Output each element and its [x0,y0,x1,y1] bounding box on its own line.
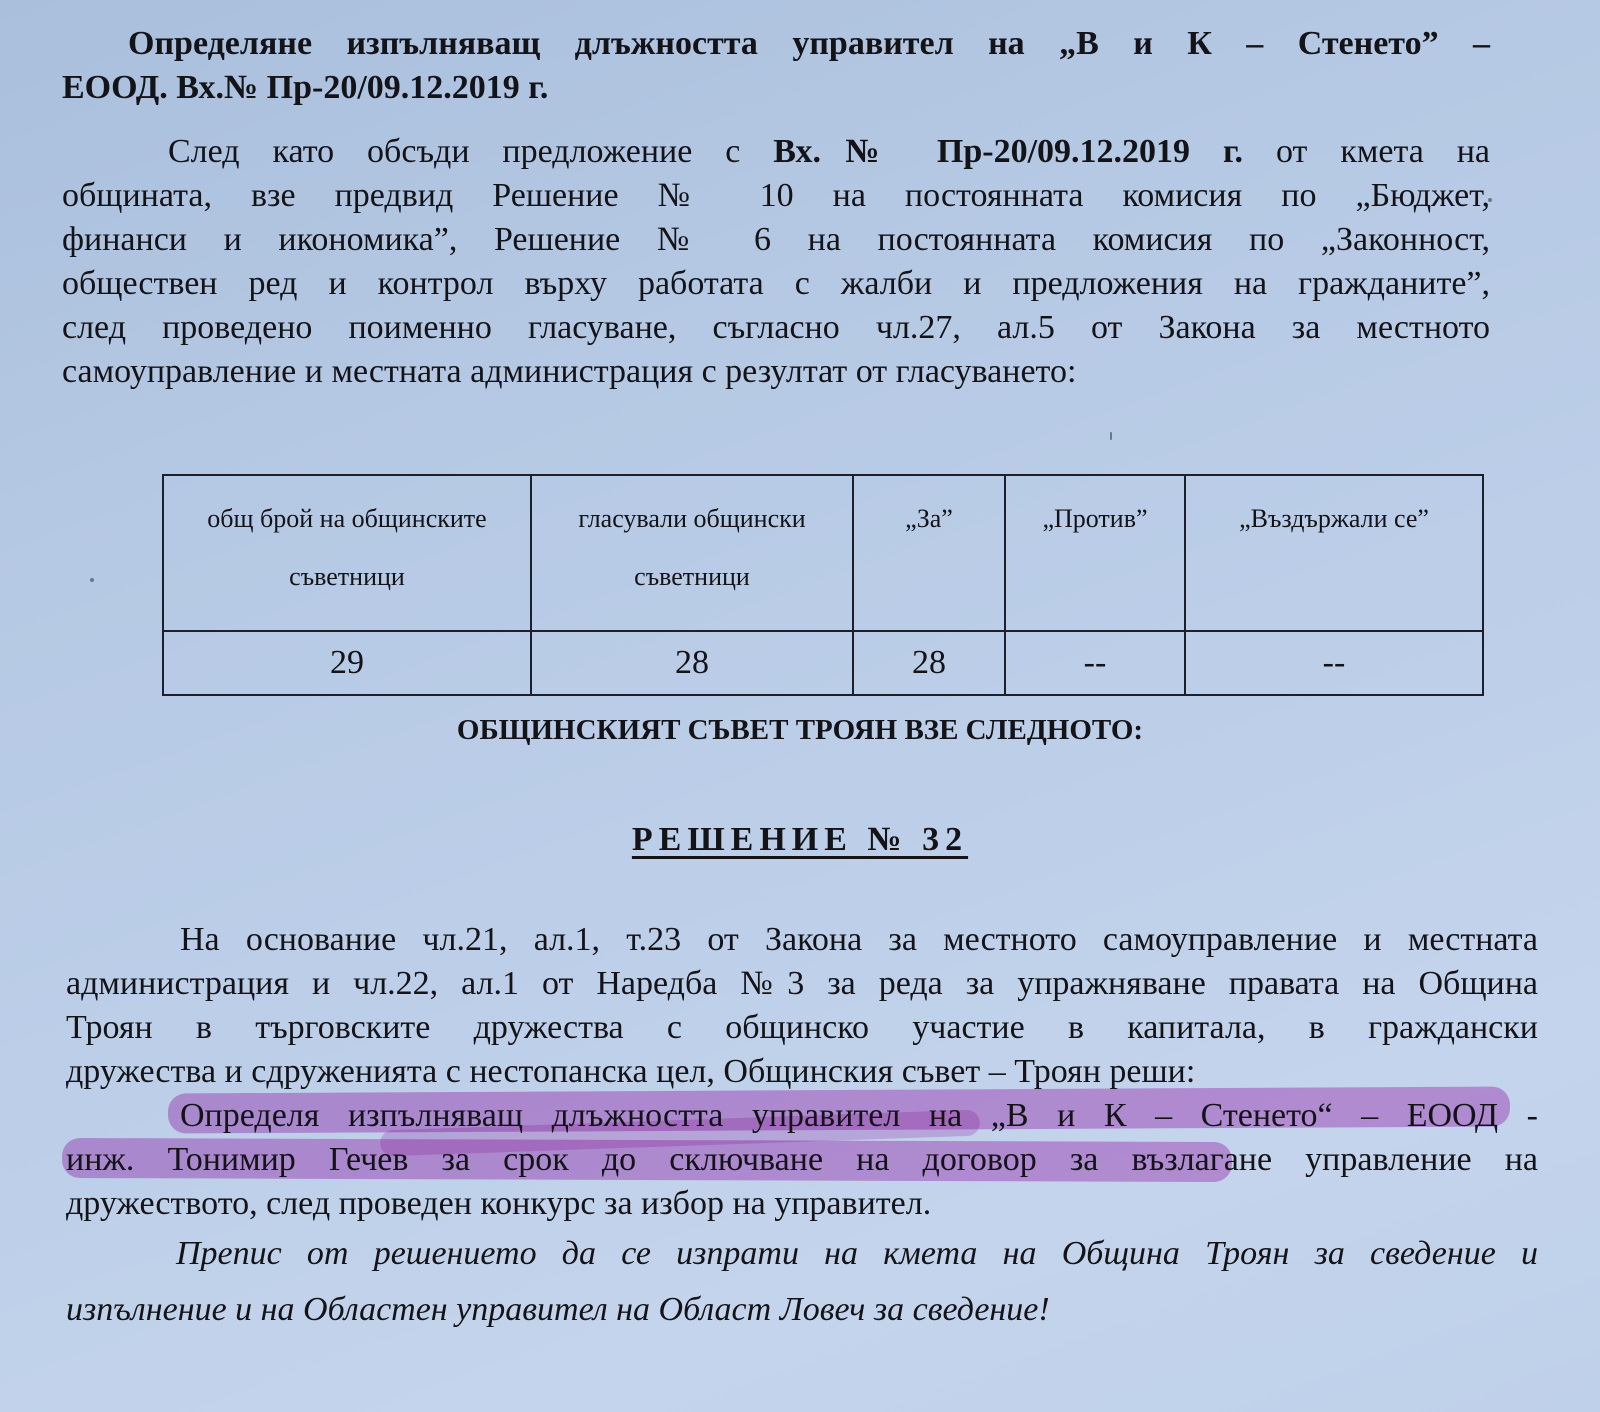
header-text: съветници [634,562,750,591]
decision-title: РЕШЕНИЕ № 32 [0,818,1600,862]
heading-line-2: ЕООД. Вх.№ Пр-20/09.12.2019 г. [62,66,548,110]
intro-line-2: общината, взе предвид Решение № 10 на по… [62,174,1490,218]
header-text: „За” [905,504,953,533]
paper-speck [1488,198,1492,202]
header-text: общ брой на общинските [207,504,486,533]
body-line-2: администрация и чл.22, ал.1 от Наредба №… [66,962,1538,1006]
intro-text: от кмета на [1243,133,1490,170]
header-text: съветници [289,562,405,591]
body-line-1: На основание чл.21, ал.1, т.23 от Закона… [180,918,1538,962]
header-text: гласували общински [578,504,805,533]
body-line-6: инж. Тонимир Гечев за срок до сключване … [66,1138,1538,1182]
body-line-3: Троян в търговските дружества с общинско… [66,1006,1538,1050]
closing-line-1: Препис от решението да се изпрати на кме… [176,1232,1538,1276]
council-statement: ОБЩИНСКИЯТ СЪВЕТ ТРОЯН ВЗЕ СЛЕДНОТО: [0,708,1600,752]
paper-speck [1110,432,1112,440]
value-abstained: -- [1185,631,1483,695]
value-total-councilors: 29 [163,631,531,695]
value-against: -- [1005,631,1185,695]
body-line-5: Определя изпълняващ длъжността управител… [180,1094,1538,1138]
document-page: Определяне изпълняващ длъжността управит… [0,0,1600,1412]
reference-number: Вх.№ Пр-20/09.12.2019 г. [773,133,1243,170]
header-text: „Против” [1042,504,1147,533]
value-for: 28 [853,631,1005,695]
header-total-councilors: общ брой на общинскитесъветници [163,475,531,631]
intro-line-1: След като обсъди предложение с Вх.№ Пр-2… [168,130,1490,174]
closing-line-2: изпълнение и на Областен управител на Об… [66,1288,1050,1332]
intro-line-6: самоуправление и местната администрация … [62,350,1076,394]
intro-line-3: финанси и икономика”, Решение № 6 на пос… [62,218,1490,262]
header-text: „Въздържали се” [1239,504,1429,533]
paper-speck [90,578,94,582]
intro-line-5: след проведено поименно гласуване, съгла… [62,306,1490,350]
heading-line-1: Определяне изпълняващ длъжността управит… [128,22,1490,66]
header-for: „За” [853,475,1005,631]
vote-results-table: общ брой на общинскитесъветници гласувал… [162,474,1484,696]
header-against: „Против” [1005,475,1185,631]
table-header-row: общ брой на общинскитесъветници гласувал… [163,475,1483,631]
decision-title-text: РЕШЕНИЕ № 32 [632,821,968,858]
table-row: 29 28 28 -- -- [163,631,1483,695]
body-line-7: дружеството, след проведен конкурс за из… [66,1182,931,1226]
header-voted-councilors: гласували общинскисъветници [531,475,853,631]
intro-line-4: обществен ред и контрол върху работата с… [62,262,1490,306]
intro-text: След като обсъди предложение с [168,133,773,170]
header-abstained: „Въздържали се” [1185,475,1483,631]
value-voted-councilors: 28 [531,631,853,695]
body-line-4: дружества и сдруженията с нестопанска це… [66,1050,1195,1094]
